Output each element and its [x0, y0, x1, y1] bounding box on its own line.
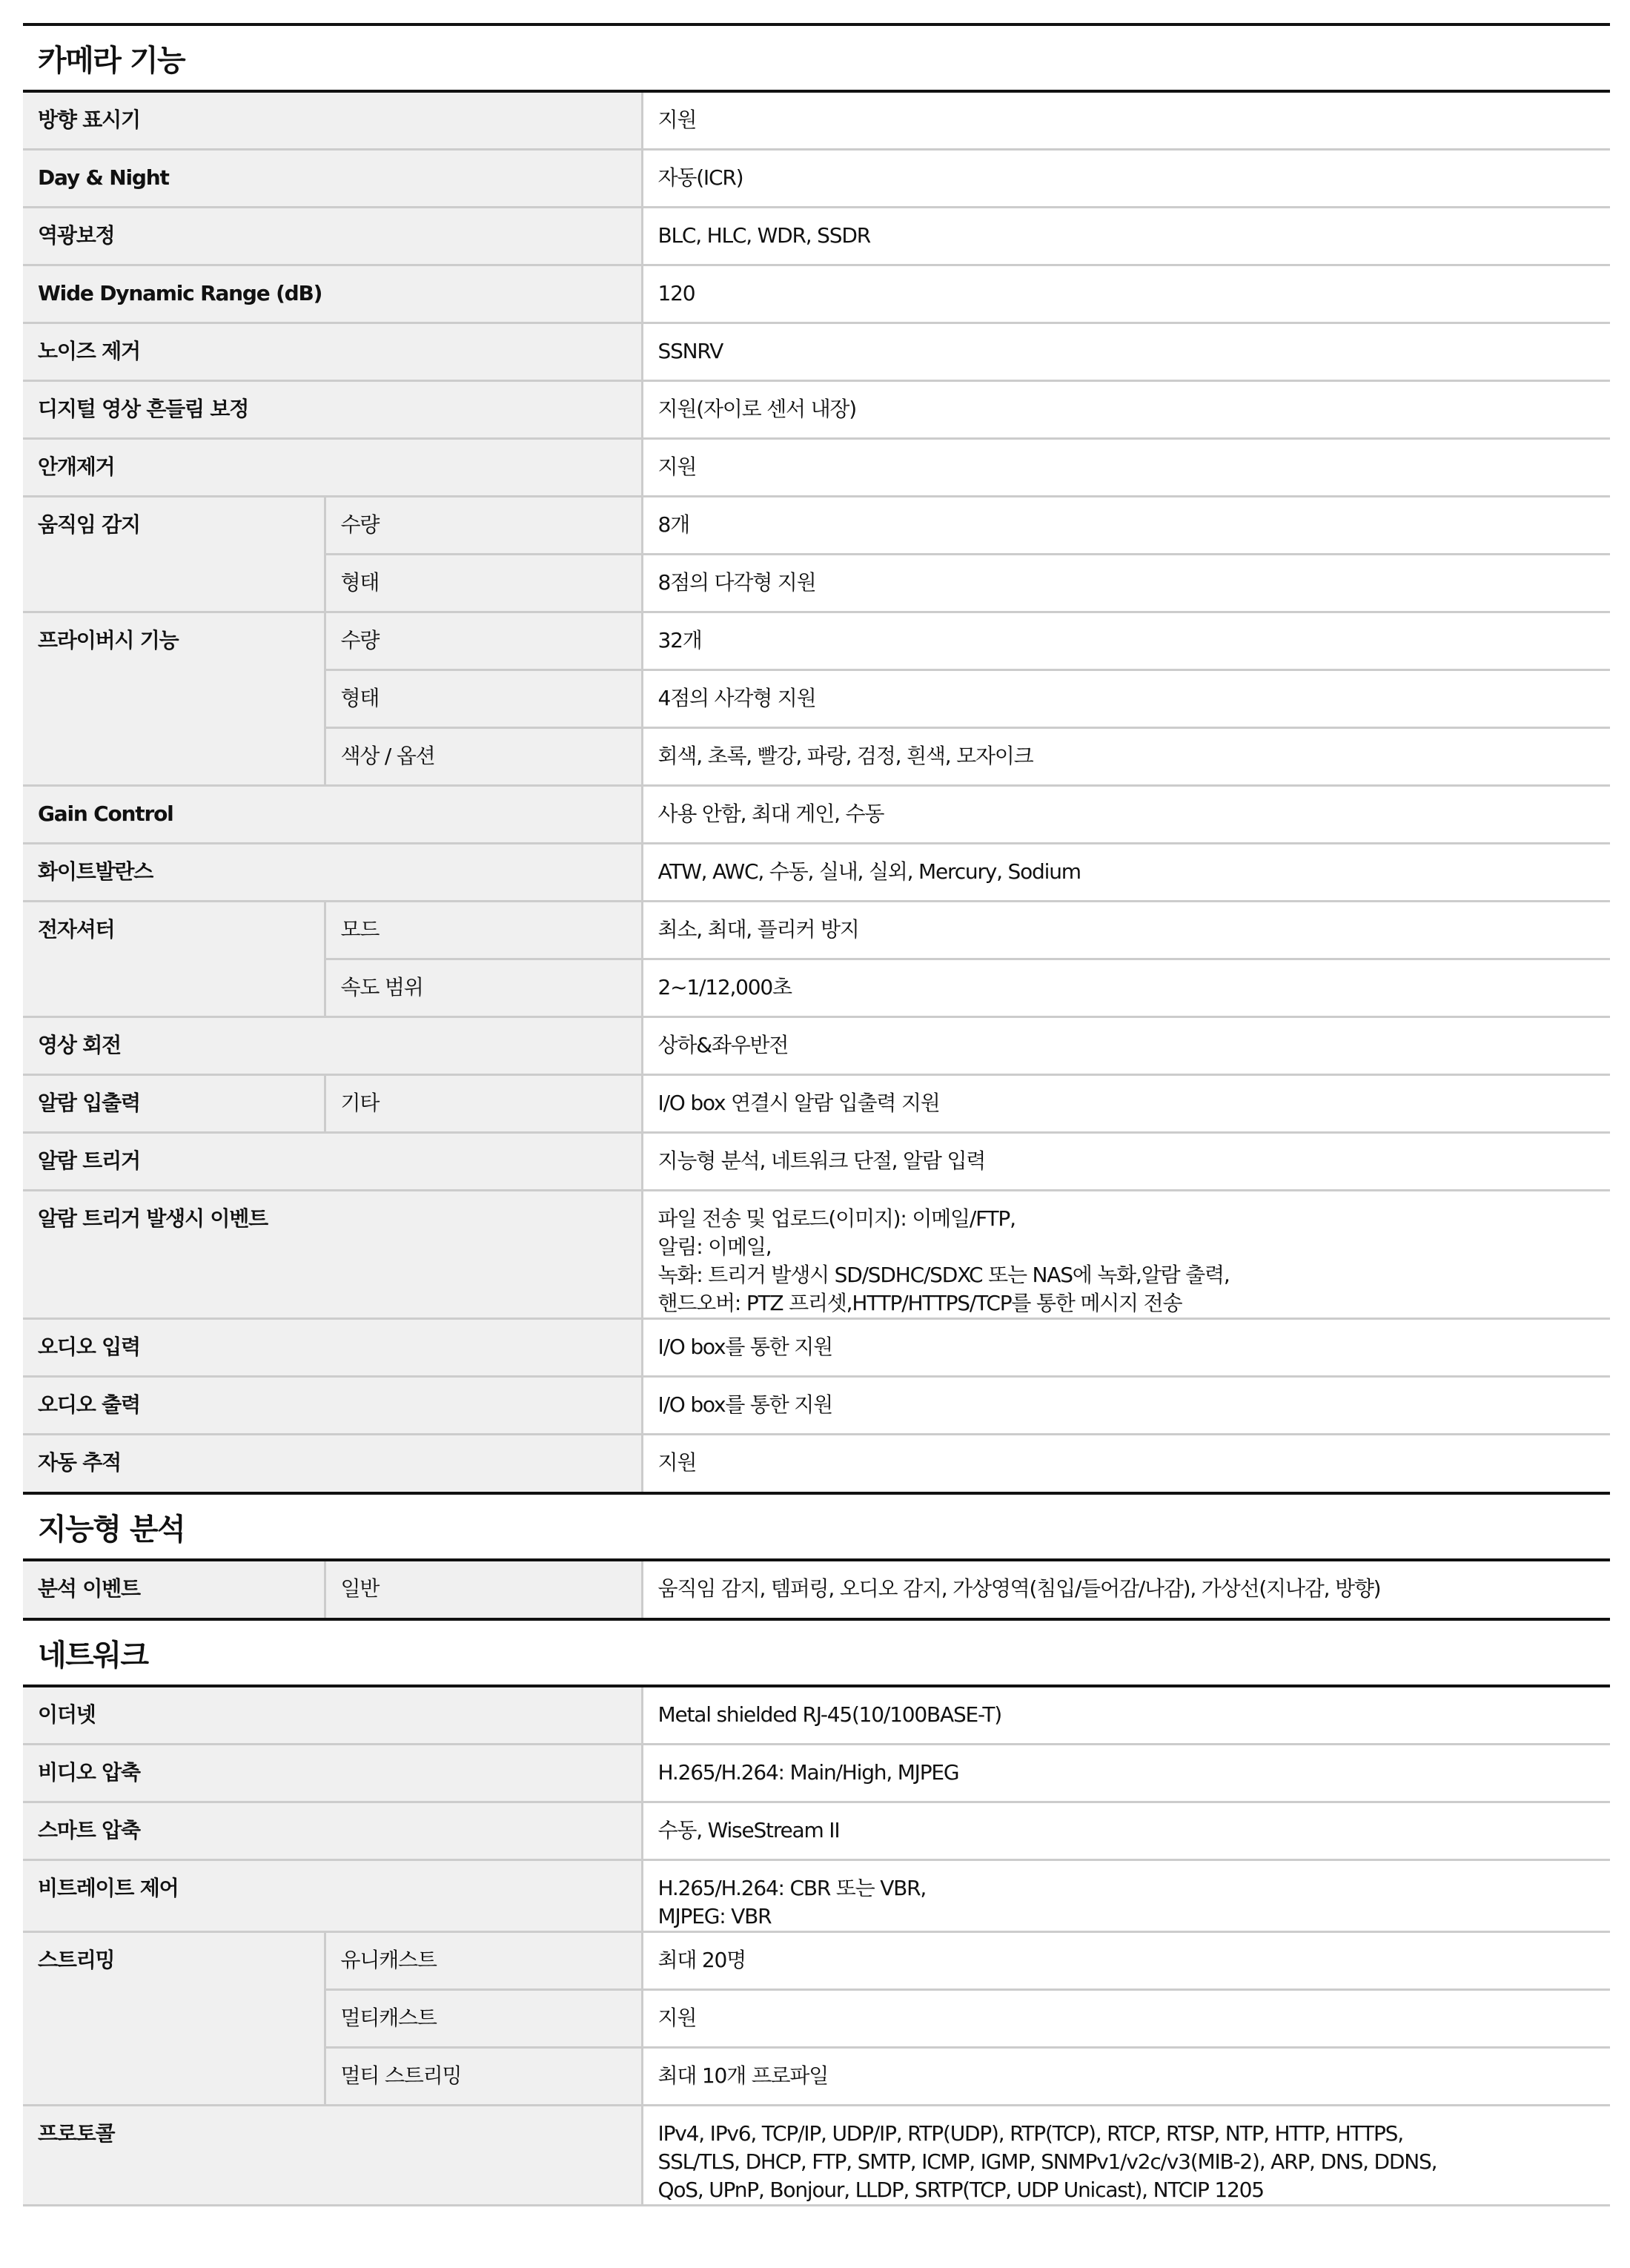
spec-table: 이더넷Metal shielded RJ-45(10/100BASE-T)비디오… [23, 1685, 1610, 2206]
spec-value: H.265/H.264: Main/High, MJPEG [642, 1744, 1610, 1802]
spec-row: 프로토콜IPv4, IPv6, TCP/IP, UDP/IP, RTP(UDP)… [23, 2105, 1610, 2205]
spec-row: 알람 입출력기타I/O box 연결시 알람 입출력 지원 [23, 1074, 1610, 1132]
spec-label: 움직임 감지 [23, 496, 325, 612]
spec-row: 스마트 압축수동, WiseStream II [23, 1802, 1610, 1859]
spec-value: 4점의 사각형 지원 [642, 670, 1610, 727]
spec-label: 오디오 출력 [23, 1376, 642, 1434]
spec-row: 노이즈 제거SSNRV [23, 323, 1610, 380]
spec-value: I/O box 연결시 알람 입출력 지원 [642, 1074, 1610, 1132]
spec-label: 화이트발란스 [23, 843, 642, 901]
spec-value: 최소, 최대, 플리커 방지 [642, 901, 1610, 959]
spec-label: 방향 표시기 [23, 91, 642, 149]
spec-value: 수동, WiseStream II [642, 1802, 1610, 1859]
spec-value: Metal shielded RJ-45(10/100BASE-T) [642, 1686, 1610, 1744]
spec-row: 알람 트리거 발생시 이벤트파일 전송 및 업로드(이미지): 이메일/FTP,… [23, 1190, 1610, 1318]
spec-row: 역광보정BLC, HLC, WDR, SSDR [23, 207, 1610, 265]
spec-value: 자동(ICR) [642, 149, 1610, 207]
spec-value: 파일 전송 및 업로드(이미지): 이메일/FTP, 알림: 이메일, 녹화: … [642, 1190, 1610, 1318]
spec-value: I/O box를 통한 지원 [642, 1376, 1610, 1434]
spec-row: 오디오 입력I/O box를 통한 지원 [23, 1318, 1610, 1376]
spec-value: IPv4, IPv6, TCP/IP, UDP/IP, RTP(UDP), RT… [642, 2105, 1610, 2205]
spec-label: 노이즈 제거 [23, 323, 642, 380]
spec-sublabel: 유니캐스트 [325, 1931, 642, 1989]
spec-value: 32개 [642, 612, 1610, 670]
spec-row: Day & Night자동(ICR) [23, 149, 1610, 207]
spec-label: 비트레이트 제어 [23, 1859, 642, 1931]
spec-value: 지원(자이로 센서 내장) [642, 380, 1610, 438]
spec-value: 120 [642, 265, 1610, 323]
spec-value: 움직임 감지, 템퍼링, 오디오 감지, 가상영역(침입/들어감/나감), 가상… [642, 1560, 1610, 1618]
spec-value: I/O box를 통한 지원 [642, 1318, 1610, 1376]
spec-value: 회색, 초록, 빨강, 파랑, 검정, 흰색, 모자이크 [642, 727, 1610, 785]
spec-value: 지원 [642, 1989, 1610, 2047]
spec-value: BLC, HLC, WDR, SSDR [642, 207, 1610, 265]
spec-label: 영상 회전 [23, 1016, 642, 1074]
spec-label: Gain Control [23, 785, 642, 843]
spec-sublabel: 속도 범위 [325, 959, 642, 1016]
spec-value: 지원 [642, 438, 1610, 496]
section-title: 지능형 분석 [23, 1492, 1610, 1558]
spec-row: 자동 추적지원 [23, 1434, 1610, 1492]
spec-value: 2~1/12,000초 [642, 959, 1610, 1016]
spec-table: 방향 표시기지원Day & Night자동(ICR)역광보정BLC, HLC, … [23, 90, 1610, 1492]
spec-sheet: 카메라 기능방향 표시기지원Day & Night자동(ICR)역광보정BLC,… [23, 23, 1610, 2206]
spec-value: 최대 20명 [642, 1931, 1610, 1989]
spec-label: Wide Dynamic Range (dB) [23, 265, 642, 323]
spec-sublabel: 형태 [325, 554, 642, 612]
spec-row: 방향 표시기지원 [23, 91, 1610, 149]
spec-sublabel: 수량 [325, 612, 642, 670]
spec-label: 전자셔터 [23, 901, 325, 1016]
spec-table: 분석 이벤트일반움직임 감지, 템퍼링, 오디오 감지, 가상영역(침입/들어감… [23, 1558, 1610, 1618]
spec-row: 프라이버시 기능수량32개 [23, 612, 1610, 670]
spec-sublabel: 색상 / 옵션 [325, 727, 642, 785]
spec-value: 최대 10개 프로파일 [642, 2047, 1610, 2105]
spec-label: 역광보정 [23, 207, 642, 265]
spec-sublabel: 일반 [325, 1560, 642, 1618]
spec-sublabel: 모드 [325, 901, 642, 959]
spec-row: Gain Control사용 안함, 최대 게인, 수동 [23, 785, 1610, 843]
spec-value: 지능형 분석, 네트워크 단절, 알람 입력 [642, 1132, 1610, 1190]
spec-sublabel: 수량 [325, 496, 642, 554]
spec-value: SSNRV [642, 323, 1610, 380]
spec-row: 안개제거지원 [23, 438, 1610, 496]
spec-value: 상하&좌우반전 [642, 1016, 1610, 1074]
spec-row: 디지털 영상 흔들림 보정지원(자이로 센서 내장) [23, 380, 1610, 438]
spec-value: 사용 안함, 최대 게인, 수동 [642, 785, 1610, 843]
spec-value: ATW, AWC, 수동, 실내, 실외, Mercury, Sodium [642, 843, 1610, 901]
spec-label: 프로토콜 [23, 2105, 642, 2205]
spec-row: 알람 트리거지능형 분석, 네트워크 단절, 알람 입력 [23, 1132, 1610, 1190]
spec-label: 안개제거 [23, 438, 642, 496]
section-title: 카메라 기능 [23, 23, 1610, 90]
spec-value: H.265/H.264: CBR 또는 VBR, MJPEG: VBR [642, 1859, 1610, 1931]
spec-row: 오디오 출력I/O box를 통한 지원 [23, 1376, 1610, 1434]
spec-row: 이더넷Metal shielded RJ-45(10/100BASE-T) [23, 1686, 1610, 1744]
spec-label: 알람 입출력 [23, 1074, 325, 1132]
spec-label: 오디오 입력 [23, 1318, 642, 1376]
spec-value: 지원 [642, 1434, 1610, 1492]
spec-row: Wide Dynamic Range (dB)120 [23, 265, 1610, 323]
spec-label: 분석 이벤트 [23, 1560, 325, 1618]
spec-row: 비트레이트 제어H.265/H.264: CBR 또는 VBR, MJPEG: … [23, 1859, 1610, 1931]
spec-sublabel: 멀티캐스트 [325, 1989, 642, 2047]
spec-label: 디지털 영상 흔들림 보정 [23, 380, 642, 438]
spec-row: 화이트발란스ATW, AWC, 수동, 실내, 실외, Mercury, Sod… [23, 843, 1610, 901]
spec-label: Day & Night [23, 149, 642, 207]
spec-row: 영상 회전상하&좌우반전 [23, 1016, 1610, 1074]
section-title: 네트워크 [23, 1618, 1610, 1685]
spec-label: 스마트 압축 [23, 1802, 642, 1859]
spec-sublabel: 기타 [325, 1074, 642, 1132]
spec-sublabel: 멀티 스트리밍 [325, 2047, 642, 2105]
spec-value: 지원 [642, 91, 1610, 149]
spec-row: 비디오 압축H.265/H.264: Main/High, MJPEG [23, 1744, 1610, 1802]
spec-row: 스트리밍유니캐스트최대 20명 [23, 1931, 1610, 1989]
spec-label: 이더넷 [23, 1686, 642, 1744]
spec-value: 8점의 다각형 지원 [642, 554, 1610, 612]
spec-value: 8개 [642, 496, 1610, 554]
spec-label: 알람 트리거 발생시 이벤트 [23, 1190, 642, 1318]
spec-label: 비디오 압축 [23, 1744, 642, 1802]
spec-label: 스트리밍 [23, 1931, 325, 2105]
spec-row: 전자셔터모드최소, 최대, 플리커 방지 [23, 901, 1610, 959]
spec-label: 프라이버시 기능 [23, 612, 325, 785]
spec-sublabel: 형태 [325, 670, 642, 727]
spec-label: 알람 트리거 [23, 1132, 642, 1190]
spec-label: 자동 추적 [23, 1434, 642, 1492]
spec-row: 움직임 감지수량8개 [23, 496, 1610, 554]
spec-row: 분석 이벤트일반움직임 감지, 템퍼링, 오디오 감지, 가상영역(침입/들어감… [23, 1560, 1610, 1618]
